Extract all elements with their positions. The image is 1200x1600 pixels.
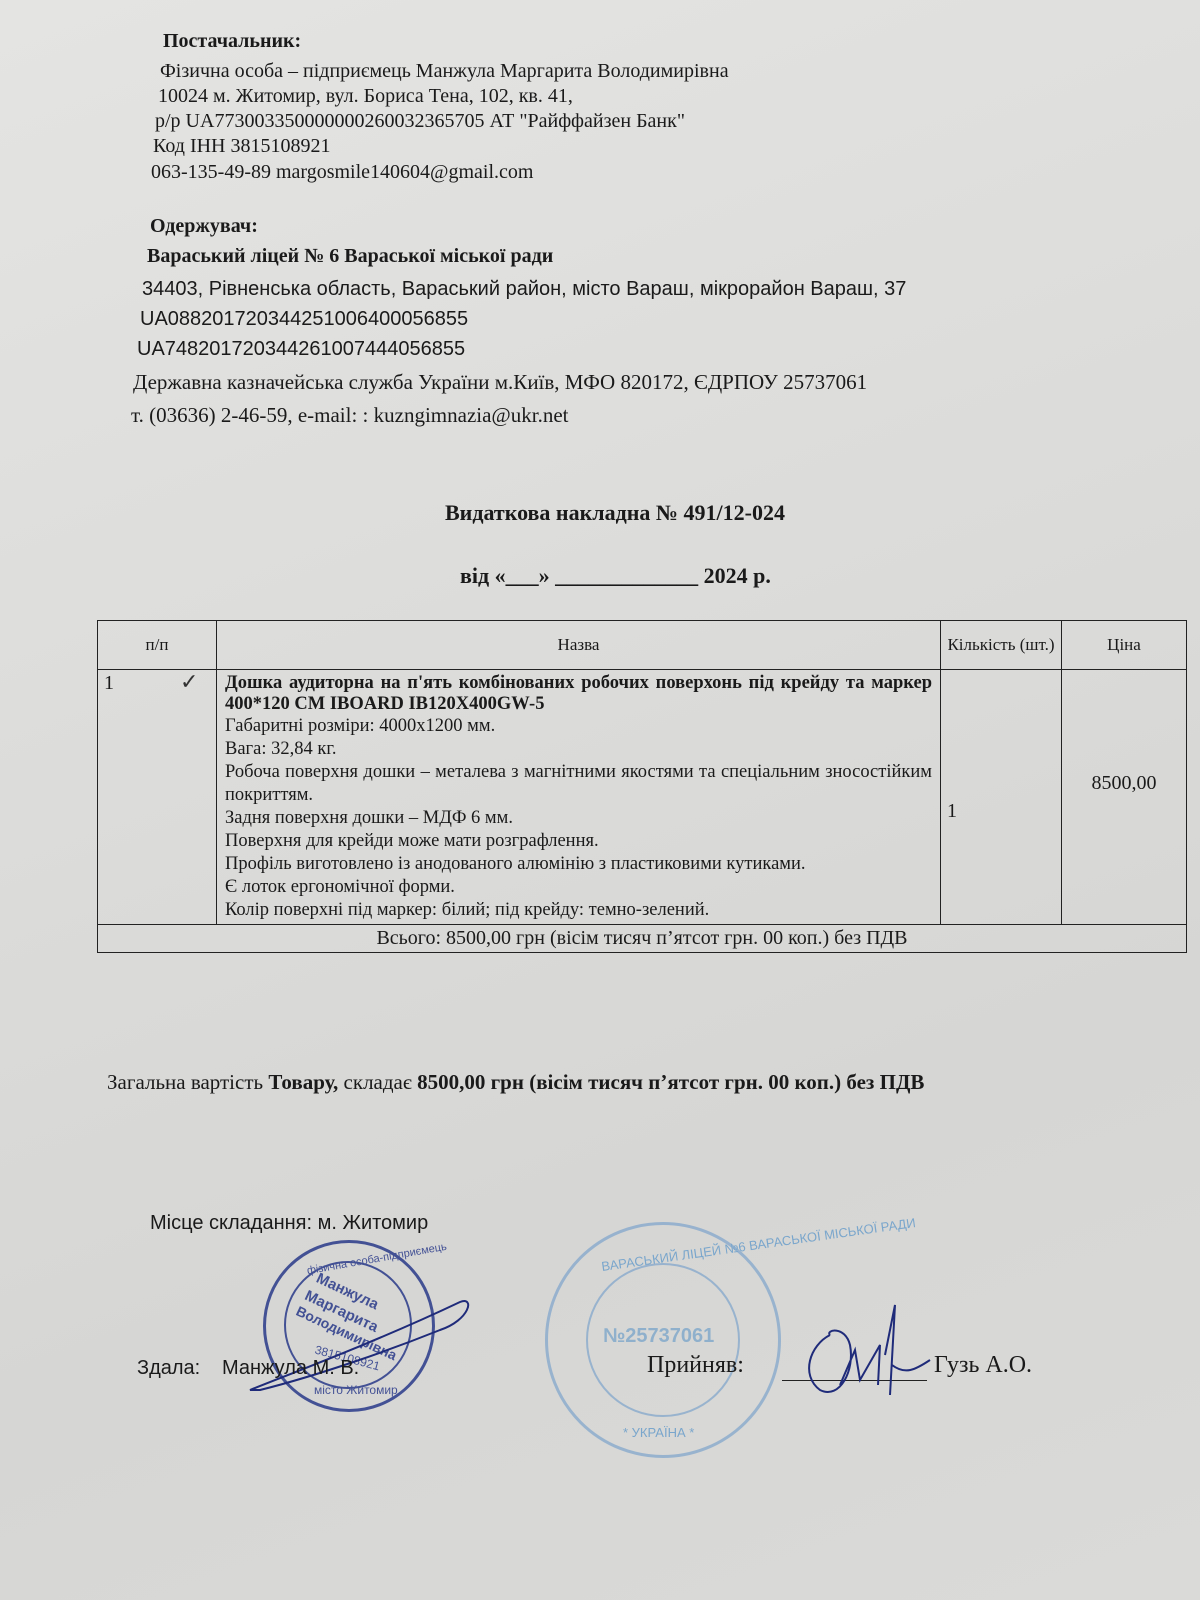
row-price-value: 8500,00 [1092, 772, 1157, 794]
supplier-account: р/р UA773003350000000260032365705 АТ "Ра… [155, 110, 685, 133]
recipient-stamp-number: №25737061 [603, 1325, 714, 1348]
row-num-cell: 1 ✓ [98, 670, 217, 925]
item-detail: Є лоток ергономічної форми. [225, 876, 932, 899]
header-qty: Кількість (шт.) [941, 621, 1062, 670]
row-qty-value: 1 [947, 800, 957, 822]
row-num: 1 [104, 672, 114, 694]
recipient-contacts: т. (03636) 2-46-59, e-mail: : kuzngimnaz… [131, 403, 569, 428]
recipient-address: 34403, Рівненська область, Вараський рай… [142, 278, 906, 301]
document-title: Видаткова накладна № 491/12-024 [445, 500, 785, 526]
recipient-stamp-outer-text: ВАРАСЬКИЙ ЛІЦЕЙ №6 ВАРАСЬКОЇ МІСЬКОЇ РАД… [600, 1215, 916, 1274]
item-detail: Габаритні розміри: 4000х1200 мм. [225, 715, 932, 738]
recipient-stamp-bottom: * УКРАЇНА * [623, 1425, 694, 1440]
place-of-issue: Місце складання: м. Житомир [150, 1212, 428, 1235]
recipient-name: Вараський ліцей № 6 Вараської міської ра… [147, 245, 553, 268]
recipient-account-1: UA088201720344251006400056855 [140, 308, 468, 331]
supplier-signature-icon [240, 1290, 480, 1400]
summary-paragraph: Загальна вартість Товару, складає 8500,0… [107, 1067, 1187, 1097]
item-title: Дошка аудиторна на п'ять комбінованих ро… [225, 673, 932, 715]
total-cell: Всього: 8500,00 грн (вісім тисяч п’ятсот… [98, 925, 1187, 953]
header-name: Назва [217, 621, 941, 670]
row-description: Дошка аудиторна на п'ять комбінованих ро… [217, 670, 941, 925]
received-name: Гузь А.О. [934, 1352, 1032, 1379]
header-price: Ціна [1062, 621, 1187, 670]
item-detail: Задня поверхня дошки – МДФ 6 мм. [225, 807, 932, 830]
supplier-name: Фізична особа – підприємець Манжула Марг… [160, 60, 729, 83]
item-detail: Робоча поверхня дошки – металева з магні… [225, 761, 932, 807]
received-label: Прийняв: [647, 1352, 744, 1379]
table-row: 1 ✓ Дошка аудиторна на п'ять комбіновани… [98, 670, 1187, 925]
summary-amount: 8500,00 грн (вісім тисяч п’ятсот грн. 00… [417, 1070, 924, 1094]
handed-name: Манжула М. В. [222, 1357, 359, 1380]
check-mark-icon: ✓ [180, 670, 198, 695]
row-price: 8500,00 [1062, 670, 1187, 925]
recipient-stamp: ВАРАСЬКИЙ ЛІЦЕЙ №6 ВАРАСЬКОЇ МІСЬКОЇ РАД… [545, 1222, 781, 1458]
item-detail: Профіль виготовлено із анодованого алюмі… [225, 853, 932, 876]
summary-goods: Товару, [268, 1070, 338, 1094]
document-date: від «___» _____________ 2024 р. [460, 563, 771, 589]
recipient-heading: Одержувач: [150, 215, 258, 238]
item-detail: Колір поверхні під маркер: білий; під кр… [225, 899, 932, 922]
recipient-signature-icon [800, 1295, 940, 1405]
handed-label: Здала: [137, 1357, 200, 1380]
total-row: Всього: 8500,00 грн (вісім тисяч п’ятсот… [98, 925, 1187, 953]
supplier-heading: Постачальник: [163, 30, 301, 53]
item-detail: Поверхня для крейди може мати розграфлен… [225, 830, 932, 853]
supplier-tax-code: Код ІНН 3815108921 [153, 135, 331, 158]
summary-prefix: Загальна вартість [107, 1070, 268, 1094]
table-header-row: п/п Назва Кількість (шт.) Ціна [98, 621, 1187, 670]
supplier-contacts: 063-135-49-89 margosmile140604@gmail.com [151, 161, 533, 184]
recipient-treasury: Державна казначейська служба України м.К… [133, 370, 867, 395]
supplier-address: 10024 м. Житомир, вул. Бориса Тена, 102,… [158, 85, 573, 108]
row-qty: 1 [941, 670, 1062, 925]
header-num: п/п [98, 621, 217, 670]
recipient-account-2: UA748201720344261007444056855 [137, 338, 465, 361]
item-detail: Вага: 32,84 кг. [225, 738, 932, 761]
summary-middle: складає [338, 1070, 417, 1094]
invoice-table: п/п Назва Кількість (шт.) Ціна 1 ✓ Дошка… [97, 620, 1187, 953]
